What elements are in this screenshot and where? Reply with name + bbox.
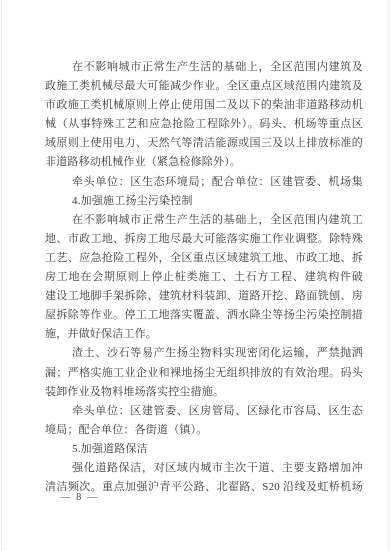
doc-line: 非道路移动机械作业（紧急检修除外）。 bbox=[45, 153, 363, 172]
doc-line: 械（从事特殊工艺和应急抢险工程除外）。码头、机场等重点区 bbox=[45, 115, 363, 134]
doc-line: 政施工类机械尽最大可能减少作业。全区重点区域范围内建筑及 bbox=[45, 77, 363, 96]
doc-line: 在不影响城市正常生产生活的基础上，全区范围内建筑工 bbox=[45, 211, 363, 230]
doc-line: 工艺、应急抢险工程外，全区重点区域建筑工地、市政工地、拆 bbox=[45, 249, 363, 268]
responsibility-line: 牵头单位：区建管委、区房管局、区绿化市容局、区生态环 bbox=[45, 402, 363, 421]
doc-line: 建设工地脚手架拆除、建筑材料装卸、道路开挖、路面铣刨、房 bbox=[45, 287, 363, 306]
document-page: 在不影响城市正常生产生活的基础上，全区范围内建筑及市 政施工类机械尽最大可能减少… bbox=[0, 0, 390, 551]
responsibility-line: 境局；配合单位：各街道（镇）。 bbox=[45, 421, 363, 440]
doc-line: 域原则上使用电力、天然气等清洁能源或国三及以上排放标准的 bbox=[45, 134, 363, 153]
doc-line: 漏；严格实施工业企业和裸地扬尘无组织排放的有效治理。码头 bbox=[45, 364, 363, 383]
doc-line: 屋拆除等作业。停工工地落实覆盖、洒水降尘等扬尘污染控制措 bbox=[45, 306, 363, 325]
doc-line: 施，并做好保洁工作。 bbox=[45, 325, 363, 344]
page-number: — 8 — bbox=[60, 492, 99, 503]
doc-line: 在不影响城市正常生产生活的基础上，全区范围内建筑及市 bbox=[45, 58, 363, 77]
section-4-heading: 4.加强施工扬尘污染控制 bbox=[45, 192, 363, 211]
doc-line: 市政施工类机械原则上停止使用国二及以下的柴油非道路移动机 bbox=[45, 96, 363, 115]
body-text: 在不影响城市正常生产生活的基础上，全区范围内建筑及市 政施工类机械尽最大可能减少… bbox=[45, 58, 363, 497]
section-5-heading: 5.加强道路保洁 bbox=[45, 440, 363, 459]
doc-line: 装卸作业及物料堆场落实控尘措施。 bbox=[45, 383, 363, 402]
scan-edge-left bbox=[1, 0, 2, 551]
scan-edge-right bbox=[388, 0, 389, 551]
doc-line: 渣土、沙石等易产生扬尘物料实现密闭化运输，严禁抛洒滴 bbox=[45, 344, 363, 363]
responsibility-line: 牵头单位：区生态环境局；配合单位：区建管委、机场集团。 bbox=[45, 173, 363, 192]
doc-line: 强化道路保洁，对区域内城市主次干道、主要支路增加冲洗 bbox=[45, 459, 363, 478]
doc-line: 地、市政工地、拆房工地尽最大可能落实施工作业调整。除特殊 bbox=[45, 230, 363, 249]
doc-line: 房工地在会期原则上停止桩类施工、土石方工程、建筑构件破拆、 bbox=[45, 268, 363, 287]
